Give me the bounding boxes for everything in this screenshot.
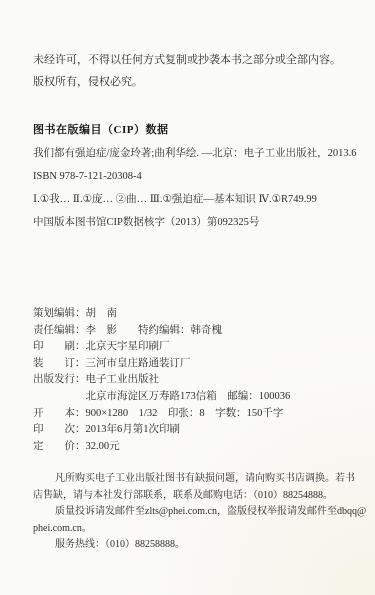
defect-exchange-line-1: 凡所购买电子工业出版社图书有缺损问题，请向购买书店调换。若书 [33, 471, 357, 488]
cip-isbn-line: ISBN 978-7-121-20308-4 [33, 165, 357, 188]
row-label: 开 本： [33, 408, 86, 419]
row-value: 三河市皇庄路通装订厂 [86, 358, 191, 369]
defect-exchange-line-2: 店售缺，请与本社发行部联系，联系及邮购电话：（010）88254888。 [33, 488, 357, 505]
row-value: 2013年6月第1次印刷 [86, 424, 181, 435]
copyright-notice: 未经许可，不得以任何方式复制或抄袭本书之部分或全部内容。 版权所有，侵权必究。 [33, 49, 357, 93]
row-label: 装 订： [33, 358, 86, 369]
colophon-row-printer: 印 刷：北京天宇星印刷厂 [33, 339, 357, 356]
colophon-block: 策划编辑：胡 南 责任编辑：李 影 特约编辑：韩奇槐 印 刷：北京天宇星印刷厂 … [33, 306, 357, 455]
colophon-row-publisher: 出版发行：电子工业出版社 [33, 372, 357, 389]
colophon-row-print-run: 印 次：2013年6月第1次印刷 [33, 422, 357, 439]
cip-title-line: 我们都有强迫症/庞金玲著;曲利华绘. —北京：电子工业出版社，2013.6 [33, 142, 357, 165]
cip-classification-line: Ⅰ.①我… Ⅱ.①庞… ②曲… Ⅲ.①强迫症—基本知识 Ⅳ.①R749.99 [33, 188, 357, 211]
notice-line-2: 版权所有，侵权必究。 [33, 71, 357, 93]
complaint-email-line-1: 质量投诉请发邮件至zlts@phei.com.cn，盗版侵权举报请发邮件至dbq… [33, 504, 357, 521]
row-value: 32.00元 [86, 441, 120, 452]
cip-record-number-line: 中国版本图书馆CIP数据核字（2013）第092325号 [33, 211, 357, 234]
cip-heading: 图书在版编目（CIP）数据 [33, 119, 357, 142]
row-label: 印 刷： [33, 341, 86, 352]
row-label: 责任编辑： [33, 325, 86, 336]
row-value: 胡 南 [86, 308, 118, 319]
complaint-email-line-2: phei.com.cn。 [33, 521, 357, 538]
row-label: 定 价： [33, 441, 86, 452]
row-label: 印 次： [33, 424, 86, 435]
row-value: 900×1280 1/32 印张：8 字数：150千字 [86, 408, 284, 419]
row-value: 北京市海淀区万寿路173信箱 邮编：100036 [86, 391, 291, 402]
service-info-block: 凡所购买电子工业出版社图书有缺损问题，请向购买书店调换。若书 店售缺，请与本社发… [33, 471, 357, 554]
colophon-row-price: 定 价：32.00元 [33, 439, 357, 456]
colophon-row-publisher-address: 北京市海淀区万寿路173信箱 邮编：100036 [33, 389, 357, 406]
row-value: 电子工业出版社 [86, 374, 160, 385]
row-label: 出版发行： [33, 374, 86, 385]
notice-line-1: 未经许可，不得以任何方式复制或抄袭本书之部分或全部内容。 [33, 49, 357, 71]
colophon-row-responsible-editor: 责任编辑：李 影 特约编辑：韩奇槐 [33, 323, 357, 340]
colophon-row-format: 开 本：900×1280 1/32 印张：8 字数：150千字 [33, 406, 357, 423]
cip-data-block: 图书在版编目（CIP）数据 我们都有强迫症/庞金玲著;曲利华绘. —北京：电子工… [33, 119, 357, 234]
colophon-row-planning-editor: 策划编辑：胡 南 [33, 306, 357, 323]
row-label [33, 391, 86, 402]
book-copyright-page: 未经许可，不得以任何方式复制或抄袭本书之部分或全部内容。 版权所有，侵权必究。 … [0, 0, 375, 595]
row-value: 李 影 特约编辑：韩奇槐 [86, 325, 223, 336]
service-hotline-line: 服务热线：（010）88258888。 [33, 537, 357, 554]
row-value: 北京天宇星印刷厂 [86, 341, 170, 352]
colophon-row-binder: 装 订：三河市皇庄路通装订厂 [33, 356, 357, 373]
row-label: 策划编辑： [33, 308, 86, 319]
